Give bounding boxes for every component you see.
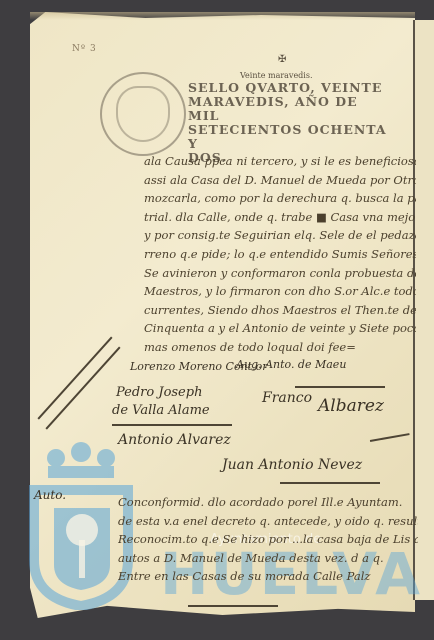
cross-icon: ✠ bbox=[278, 54, 286, 65]
text-line: rreno q.e pide; lo q.e entendido Sumis S… bbox=[144, 245, 416, 264]
signature-underline bbox=[295, 386, 385, 388]
text-line: mozcarla, como por la derechura q. busca… bbox=[144, 189, 416, 208]
text-line: assi ala Casa del D. Manuel de Mueda por… bbox=[144, 171, 416, 190]
text-line: Cinquenta a y el Antonio de veinte y Sie… bbox=[144, 319, 416, 338]
signature-underline bbox=[112, 424, 232, 426]
stamp-line: SELLO QVARTO, VEINTE bbox=[188, 81, 393, 95]
text-line: currentes, Siendo dhos Maestros el Then.… bbox=[144, 301, 416, 320]
stamp-subtitle: Veinte maravedis. bbox=[240, 71, 313, 80]
closing-rule bbox=[188, 605, 278, 607]
signature: de Valla Alame bbox=[112, 403, 210, 418]
text-line: de esta v.a enel decreto q. antecede, y … bbox=[118, 512, 418, 531]
text-line: autos a D. Manuel de Mueda desta vez. d … bbox=[118, 549, 418, 568]
text-line: ala Causa ppca ni tercero, y si le es be… bbox=[144, 152, 416, 171]
page-edge-shadow bbox=[30, 12, 415, 20]
royal-seal-stamp bbox=[100, 72, 186, 156]
text-line: Conconformid. dlo acordado porel Ill.e A… bbox=[118, 493, 418, 512]
signature: Albarez bbox=[318, 396, 384, 416]
text-line: Se avinieron y conformaron conla probues… bbox=[144, 264, 416, 283]
manuscript-body: ala Causa ppca ni tercero, y si le es be… bbox=[144, 152, 416, 357]
text-line: trial. dla Calle, onde q. trabe ■ Casa v… bbox=[144, 208, 416, 227]
text-line: y por consig.te Seguirian elq. Sele de e… bbox=[144, 226, 416, 245]
signature: Juan Antonio Nevez bbox=[222, 457, 362, 473]
signature: Franco bbox=[262, 390, 312, 406]
text-line: Maestros, y lo firmaron con dho S.or Alc… bbox=[144, 282, 416, 301]
stamp-line: SETECIENTOS OCHENTA Y bbox=[188, 123, 393, 151]
signature: Pedro Joseph bbox=[116, 385, 202, 400]
text-line: mas omenos de todo loqual doi fee= bbox=[144, 338, 416, 357]
text-line: Reconocim.to q.e Se hizo por ...la casa … bbox=[118, 530, 418, 549]
stamp-line: MARAVEDIS, AÑO DE MIL bbox=[188, 95, 393, 123]
folio-mark: Nº 3 bbox=[72, 44, 97, 54]
margin-note: Auto. bbox=[34, 488, 66, 502]
manuscript-body-continued: Conconformid. dlo acordado porel Ill.e A… bbox=[118, 493, 418, 586]
signature: Aug. Anto. de Maeu bbox=[236, 358, 346, 371]
signature-underline bbox=[280, 482, 380, 484]
text-line: Entre en las Casas de su morada Calle Pa… bbox=[118, 567, 418, 586]
